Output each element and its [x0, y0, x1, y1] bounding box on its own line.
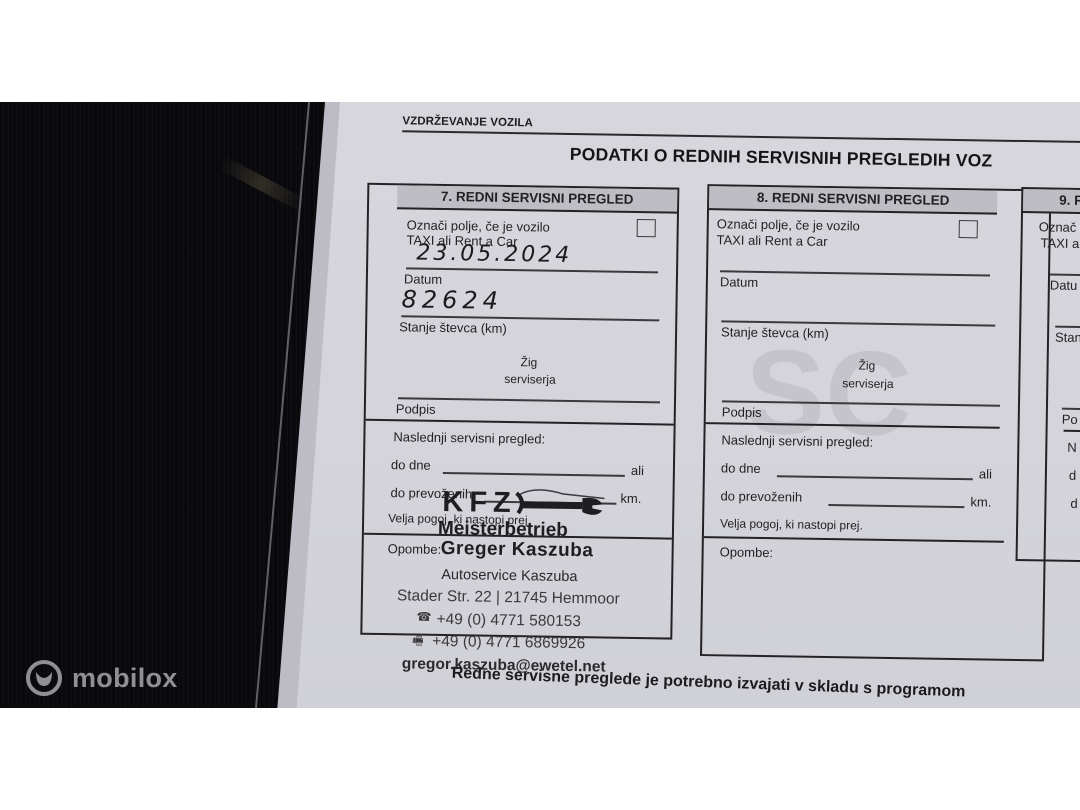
stamp-company: Autoservice Kaszuba	[441, 567, 577, 585]
box-divider	[1064, 430, 1080, 433]
box-header: 9. R	[1023, 189, 1080, 215]
km-label: km.	[970, 494, 991, 509]
stamp-address: Stader Str. 22 | 21745 Hemmoor	[397, 587, 620, 608]
date-label: Datu	[1050, 277, 1078, 292]
box-divider	[706, 422, 1000, 429]
taxi-label: Označi polje, če je vozilo	[717, 216, 860, 233]
box-header: 7. REDNI SERVISNI PREGLED	[397, 185, 677, 213]
box-divider	[366, 419, 674, 426]
watermark: mobilox	[24, 658, 178, 698]
stamp-label: Žig	[520, 355, 537, 369]
by-km-label: do prevoženih	[720, 488, 802, 504]
document: SC VZDRŽEVANJE VOZILA PODATKI O REDNIH S…	[0, 102, 1080, 708]
next-service-label: N	[1067, 440, 1077, 455]
section-rule	[402, 130, 1080, 143]
service-box-8: 8. REDNI SERVISNI PREGLED Označi polje, …	[700, 184, 1051, 661]
box-divider	[704, 536, 1004, 543]
date-line	[1050, 273, 1080, 276]
odometer-label: Stanje števca (km)	[399, 319, 507, 336]
stamp-label-2: serviserja	[842, 376, 894, 391]
page-title: PODATKI O REDNIH SERVISNIH PREGLEDIH VOZ	[570, 144, 993, 172]
by-date-label: do dne	[721, 460, 761, 476]
fax-icon: 🖷	[412, 632, 424, 653]
footer-instructions: Redne servisne preglede je potrebno izva…	[451, 665, 965, 702]
signature-line	[398, 397, 660, 403]
section-label: VZDRŽEVANJE VOZILA	[402, 115, 533, 129]
stamp-fax: +49 (0) 4771 6869926	[432, 633, 585, 653]
service-box-9: 9. R Označ TAXI a Datu Stan Po N d d	[1016, 187, 1080, 563]
date-label: Datum	[720, 274, 759, 290]
stamp-label: Žig	[858, 358, 875, 372]
by-km-line	[828, 504, 964, 508]
taxi-checkbox[interactable]	[959, 220, 978, 238]
signature-line	[722, 400, 1000, 406]
odometer-label: Stan	[1055, 330, 1080, 345]
box-header: 8. REDNI SERVISNI PREGLED	[709, 186, 997, 215]
taxi-label-2: TAXI a	[1040, 235, 1079, 251]
car-wrench-icon	[504, 487, 609, 523]
km-label: km.	[620, 491, 641, 506]
by-date-line	[777, 475, 973, 480]
odometer-label: Stanje števca (km)	[721, 324, 829, 341]
by-km-label: d	[1070, 496, 1077, 511]
handwritten-odometer: 82624	[401, 285, 503, 315]
date-line	[406, 267, 658, 272]
next-service-label: Naslednji servisni pregled:	[393, 429, 545, 446]
by-date-label: d	[1069, 468, 1076, 483]
odometer-line	[1055, 326, 1080, 329]
or-label: ali	[631, 463, 644, 478]
stamp-line-2: Greger Kaszuba	[440, 538, 593, 562]
notes-label: Opombe:	[720, 544, 774, 560]
by-date-line	[443, 472, 625, 476]
taxi-checkbox[interactable]	[637, 219, 656, 237]
watermark-text: mobilox	[72, 663, 178, 694]
by-date-label: do dne	[391, 457, 431, 473]
phone-icon: ☎	[416, 610, 431, 624]
signature-label: Podpis	[396, 401, 436, 417]
photo: SC VZDRŽEVANJE VOZILA PODATKI O REDNIH S…	[0, 102, 1080, 708]
handwritten-date: 23.05.2024	[416, 241, 572, 268]
taxi-label-2: TAXI ali Rent a Car	[716, 232, 827, 249]
signature-label: Po	[1062, 412, 1078, 427]
notes-label: Opombe:	[388, 541, 442, 557]
stamp-phone: +49 (0) 4771 580153	[436, 611, 581, 631]
signature-label: Podpis	[722, 404, 762, 420]
mobilox-logo-icon	[24, 658, 64, 698]
whichever-label: Velja pogoj, ki nastopi prej.	[720, 516, 863, 532]
taxi-label: Označ	[1039, 219, 1077, 235]
next-service-label: Naslednji servisni pregled:	[721, 432, 873, 449]
or-label: ali	[979, 466, 992, 481]
signature-line	[1062, 408, 1080, 411]
stamp-label-2: serviserja	[504, 372, 556, 387]
date-line	[720, 270, 990, 276]
